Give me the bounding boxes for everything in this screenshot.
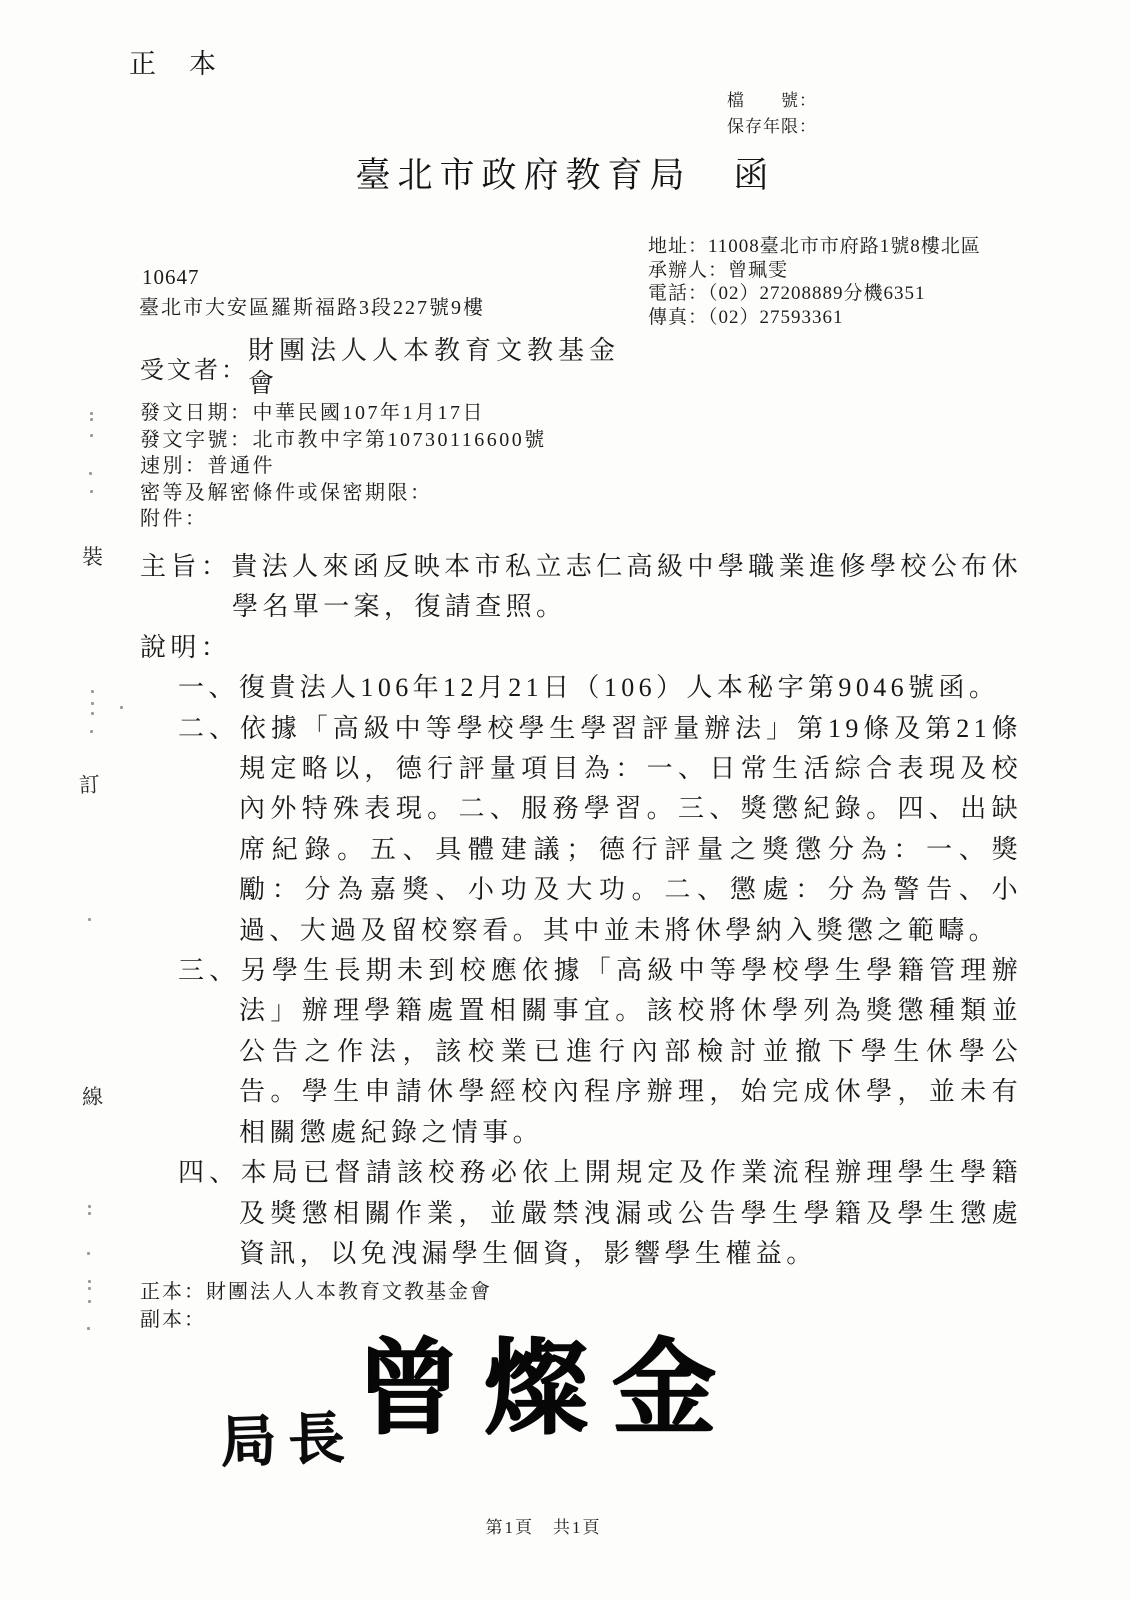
item-3-text: 另學生長期未到校應依據「高級中等學校學生學籍管理辦法」辦理學籍處置相關事宜。該校… bbox=[239, 956, 1022, 1147]
binding-dot bbox=[88, 1205, 91, 1208]
binding-dot bbox=[88, 1212, 91, 1215]
explanation-items: 一、復貴法人106年12月21日（106）人本秘字第9046號函。 二、依據「高… bbox=[178, 668, 1022, 1274]
subject-label: 主旨： bbox=[140, 552, 231, 581]
original-copy-line: 正本：財團法人人本教育文教基金會 bbox=[140, 1279, 492, 1307]
copy-type-label: 正 本 bbox=[129, 42, 219, 81]
recipient-row: 受文者： 財團法人人本教育文教基金會 bbox=[140, 334, 648, 400]
binding-dot bbox=[90, 730, 93, 733]
binding-dot bbox=[90, 490, 93, 493]
explanation-label: 說明： bbox=[140, 628, 1022, 668]
sender-phone: 電話：（02）27208889分機6351 bbox=[648, 282, 981, 306]
signature-name: 曾燦金 bbox=[356, 1330, 740, 1450]
letter-body: 主旨：貴法人來函反映本市私立志仁高級中學職業進修學校公布休學名單一案，復請查照。… bbox=[140, 547, 1022, 1274]
item-4-number: 四、 bbox=[178, 1158, 241, 1187]
document-title: 臺北市政府教育局 函 bbox=[0, 148, 1131, 198]
distribution-block: 正本：財團法人人本教育文教基金會 副本： bbox=[140, 1279, 492, 1334]
scanned-official-letter: 正 本 檔 號： 保存年限： 臺北市政府教育局 函 地址：11008臺北市市府路… bbox=[0, 0, 1131, 1600]
binding-dot bbox=[87, 1252, 90, 1255]
issue-number: 發文字號：北市教中字第10730116600號 bbox=[140, 427, 547, 454]
item-4-text: 本局已督請該校務必依上開規定及作業流程辦理學生學籍及獎懲相關作業，並嚴禁洩漏或公… bbox=[239, 1158, 1022, 1268]
sender-address: 地址：11008臺北市市府路1號8樓北區 bbox=[648, 235, 981, 259]
recipient-name: 財團法人人本教育文教基金會 bbox=[248, 334, 648, 400]
binding-dot bbox=[88, 1280, 91, 1283]
binding-dot bbox=[91, 712, 94, 715]
subject-paragraph: 主旨：貴法人來函反映本市私立志仁高級中學職業進修學校公布休學名單一案，復請查照。 bbox=[140, 547, 1022, 628]
binding-dot bbox=[88, 1287, 91, 1290]
binding-mark-zhuang: 裝 bbox=[82, 541, 103, 571]
recipient-zip: 10647 bbox=[142, 265, 200, 290]
binding-mark-ding: 訂 bbox=[78, 768, 101, 799]
binding-dot bbox=[88, 918, 91, 921]
binding-dot bbox=[88, 1300, 91, 1303]
item-2-text: 依據「高級中等學校學生學習評量辦法」第19條及第21條規定略以，德行評量項目為：… bbox=[239, 714, 1022, 945]
page-number-footer: 第1頁 共1頁 bbox=[0, 1513, 1109, 1538]
sender-info-block: 地址：11008臺北市市府路1號8樓北區 承辦人：曾珮雯 電話：（02）2720… bbox=[648, 235, 981, 329]
binding-dot bbox=[87, 1327, 90, 1330]
security-classification: 密等及解密條件或保密期限： bbox=[140, 480, 547, 507]
binding-dot bbox=[90, 418, 93, 421]
issue-date: 發文日期：中華民國107年1月17日 bbox=[140, 400, 547, 427]
item-1-text: 復貴法人106年12月21日（106）人本秘字第9046號函。 bbox=[239, 673, 999, 702]
explanation-item-1: 一、復貴法人106年12月21日（106）人本秘字第9046號函。 bbox=[178, 668, 1022, 708]
binding-dot bbox=[89, 472, 92, 475]
recipient-label: 受文者： bbox=[140, 350, 248, 385]
signature-title: 局長 bbox=[219, 1394, 358, 1479]
retention-period-label: 保存年限： bbox=[727, 114, 817, 140]
binding-dot bbox=[91, 690, 94, 693]
explanation-item-4: 四、本局已督請該校務必依上開規定及作業流程辦理學生學籍及獎懲相關作業，並嚴禁洩漏… bbox=[178, 1153, 1022, 1274]
attachment-label: 附件： bbox=[140, 506, 547, 533]
file-number-block: 檔 號： 保存年限： bbox=[727, 88, 817, 140]
sender-fax: 傳真：（02）27593361 bbox=[648, 306, 981, 330]
binding-dot bbox=[90, 412, 93, 415]
item-1-number: 一、 bbox=[178, 673, 239, 702]
subject-text: 貴法人來函反映本市私立志仁高級中學職業進修學校公布休學名單一案，復請查照。 bbox=[231, 552, 1022, 621]
document-meta-block: 發文日期：中華民國107年1月17日 發文字號：北市教中字第1073011660… bbox=[140, 400, 547, 533]
item-2-number: 二、 bbox=[178, 714, 240, 743]
explanation-item-3: 三、另學生長期未到校應依據「高級中等學校學生學籍管理辦法」辦理學籍處置相關事宜。… bbox=[178, 951, 1022, 1153]
binding-dot bbox=[120, 706, 123, 709]
binding-dot bbox=[91, 702, 94, 705]
file-number-label: 檔 號： bbox=[727, 88, 817, 114]
binding-dot bbox=[90, 434, 93, 437]
sender-contact-person: 承辦人：曾珮雯 bbox=[648, 259, 981, 283]
explanation-item-2: 二、依據「高級中等學校學生學習評量辦法」第19條及第21條規定略以，德行評量項目… bbox=[178, 709, 1022, 951]
recipient-street-address: 臺北市大安區羅斯福路3段227號9樓 bbox=[139, 291, 485, 320]
delivery-speed: 速別：普通件 bbox=[140, 453, 547, 480]
item-3-number: 三、 bbox=[178, 956, 241, 985]
binding-mark-xian: 線 bbox=[81, 1081, 103, 1112]
